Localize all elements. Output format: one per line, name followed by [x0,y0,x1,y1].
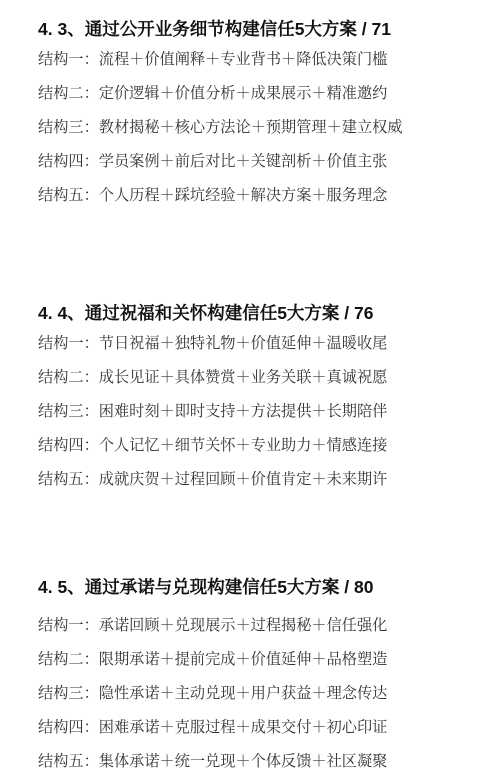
list-item: 结构五：集体承诺＋统一兑现＋个体反馈＋社区凝聚 [38,750,478,772]
structure-list: 结构一：流程＋价值阐释＋专业背书＋降低决策门槛 结构二：定价逻辑＋价值分析＋成果… [38,48,478,206]
section-4-3: 4. 3、通过公开业务细节构建信任5大方案 / 71 结构一：流程＋价值阐释＋专… [38,17,478,206]
section-4-4: 4. 4、通过祝福和关怀构建信任5大方案 / 76 结构一：节日祝福＋独特礼物＋… [38,301,478,490]
list-item: 结构三：隐性承诺＋主动兑现＋用户获益＋理念传达 [38,682,478,704]
list-item: 结构四：学员案例＋前后对比＋关键剖析＋价值主张 [38,150,478,172]
section-4-5: 4. 5、通过承诺与兑现构建信任5大方案 / 80 结构一：承诺回顾＋兑现展示＋… [38,575,478,772]
list-item: 结构五：个人历程＋踩坑经验＋解决方案＋服务理念 [38,184,478,206]
list-item: 结构二：成长见证＋具体赞赏＋业务关联＋真诚祝愿 [38,366,478,388]
list-item: 结构四：个人记忆＋细节关怀＋专业助力＋情感连接 [38,434,478,456]
list-item: 结构一：承诺回顾＋兑现展示＋过程揭秘＋信任强化 [38,614,478,636]
list-item: 结构一：流程＋价值阐释＋专业背书＋降低决策门槛 [38,48,478,70]
section-title: 4. 3、通过公开业务细节构建信任5大方案 / 71 [38,17,478,41]
structure-list: 结构一：节日祝福＋独特礼物＋价值延伸＋温暖收尾 结构二：成长见证＋具体赞赏＋业务… [38,332,478,490]
section-title: 4. 4、通过祝福和关怀构建信任5大方案 / 76 [38,301,478,325]
list-item: 结构二：定价逻辑＋价值分析＋成果展示＋精准邀约 [38,82,478,104]
structure-list: 结构一：承诺回顾＋兑现展示＋过程揭秘＋信任强化 结构二：限期承诺＋提前完成＋价值… [38,614,478,772]
list-item: 结构五：成就庆贺＋过程回顾＋价值肯定＋未来期许 [38,468,478,490]
list-item: 结构二：限期承诺＋提前完成＋价值延伸＋品格塑造 [38,648,478,670]
list-item: 结构三：教材揭秘＋核心方法论＋预期管理＋建立权威 [38,116,478,138]
section-title: 4. 5、通过承诺与兑现构建信任5大方案 / 80 [38,575,478,599]
list-item: 结构一：节日祝福＋独特礼物＋价值延伸＋温暖收尾 [38,332,478,354]
list-item: 结构三：困难时刻＋即时支持＋方法提供＋长期陪伴 [38,400,478,422]
list-item: 结构四：困难承诺＋克服过程＋成果交付＋初心印证 [38,716,478,738]
